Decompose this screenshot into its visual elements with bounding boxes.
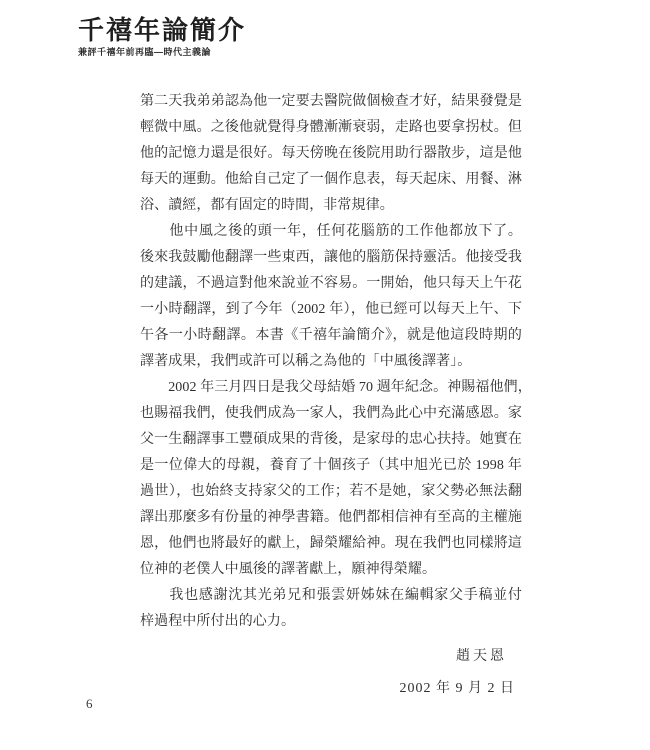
text-line: 浴、讀經，都有固定的時間，非常規律。 [140,193,522,219]
text-line: 午各一小時翻譯。本書《千禧年論簡介》，就是他這段時期的 [140,323,522,349]
text-line: 第二天我弟弟認為他一定要去醫院做個檢查才好，結果發覺是 [140,89,522,115]
book-title: 千禧年論簡介 [78,16,246,44]
text-line: 他的記憶力還是很好。每天傍晚在後院用助行器散步，這是他 [140,141,522,167]
book-page: 千禧年論簡介 兼評千禧年前再臨—時代主義論 第二天我弟弟認為他一定要去醫院做個檢… [0,0,650,750]
text-line: 的建議，不過這對他來說並不容易。一開始，他只每天上午花 [140,271,522,297]
page-number: 6 [86,696,93,712]
signature-block: 趙天恩 2002 年 9 月 2 日 [400,644,516,702]
text-line: 父一生翻譯事工豐碩成果的背後，是家母的忠心扶持。她實在 [140,427,522,453]
text-line: 是一位偉大的母親，養育了十個孩子（其中旭光已於 1998 年 [140,453,522,479]
text-line: 後來我鼓勵他翻譯一些東西，讓他的腦筋保持靈活。他接受我 [140,245,522,271]
text-line: 梓過程中所付出的心力。 [140,609,522,635]
text-line: 譯著成果，我們或許可以稱之為他的「中風後譯著」。 [140,349,522,375]
book-subtitle: 兼評千禧年前再臨—時代主義論 [78,46,246,58]
author-name: 趙天恩 [400,644,516,670]
text-line: 也賜福我們，使我們成為一家人，我們為此心中充滿感恩。家 [140,401,522,427]
text-line: 過世），也始終支持家父的工作；若不是她，家父勢必無法翻 [140,479,522,505]
text-line: 他中風之後的頭一年，任何花腦筋的工作他都放下了。 [140,219,522,245]
text-line: 恩，他們也將最好的獻上，歸榮耀給神。現在我們也同樣將這 [140,531,522,557]
text-line: 譯出那麼多有份量的神學書籍。他們都相信神有至高的主權施 [140,505,522,531]
text-line: 輕微中風。之後他就覺得身體漸漸衰弱，走路也要拿拐杖。但 [140,115,522,141]
text-line: 2002 年三月四日是我父母結婚 70 週年紀念。神賜福他們， [140,375,522,401]
text-line: 一小時翻譯，到了今年（2002 年），他已經可以每天上午、下 [140,297,522,323]
signature-date: 2002 年 9 月 2 日 [400,676,516,702]
body-text: 第二天我弟弟認為他一定要去醫院做個檢查才好，結果發覺是輕微中風。之後他就覺得身體… [140,89,522,635]
text-line: 每天的運動。他給自己定了一個作息表，每天起床、用餐、淋 [140,167,522,193]
text-line: 位神的老僕人中風後的譯著獻上，願神得榮耀。 [140,557,522,583]
text-line: 我也感謝沈其光弟兄和張雲妍姊妹在編輯家父手稿並付 [140,583,522,609]
book-header: 千禧年論簡介 兼評千禧年前再臨—時代主義論 [78,16,246,58]
